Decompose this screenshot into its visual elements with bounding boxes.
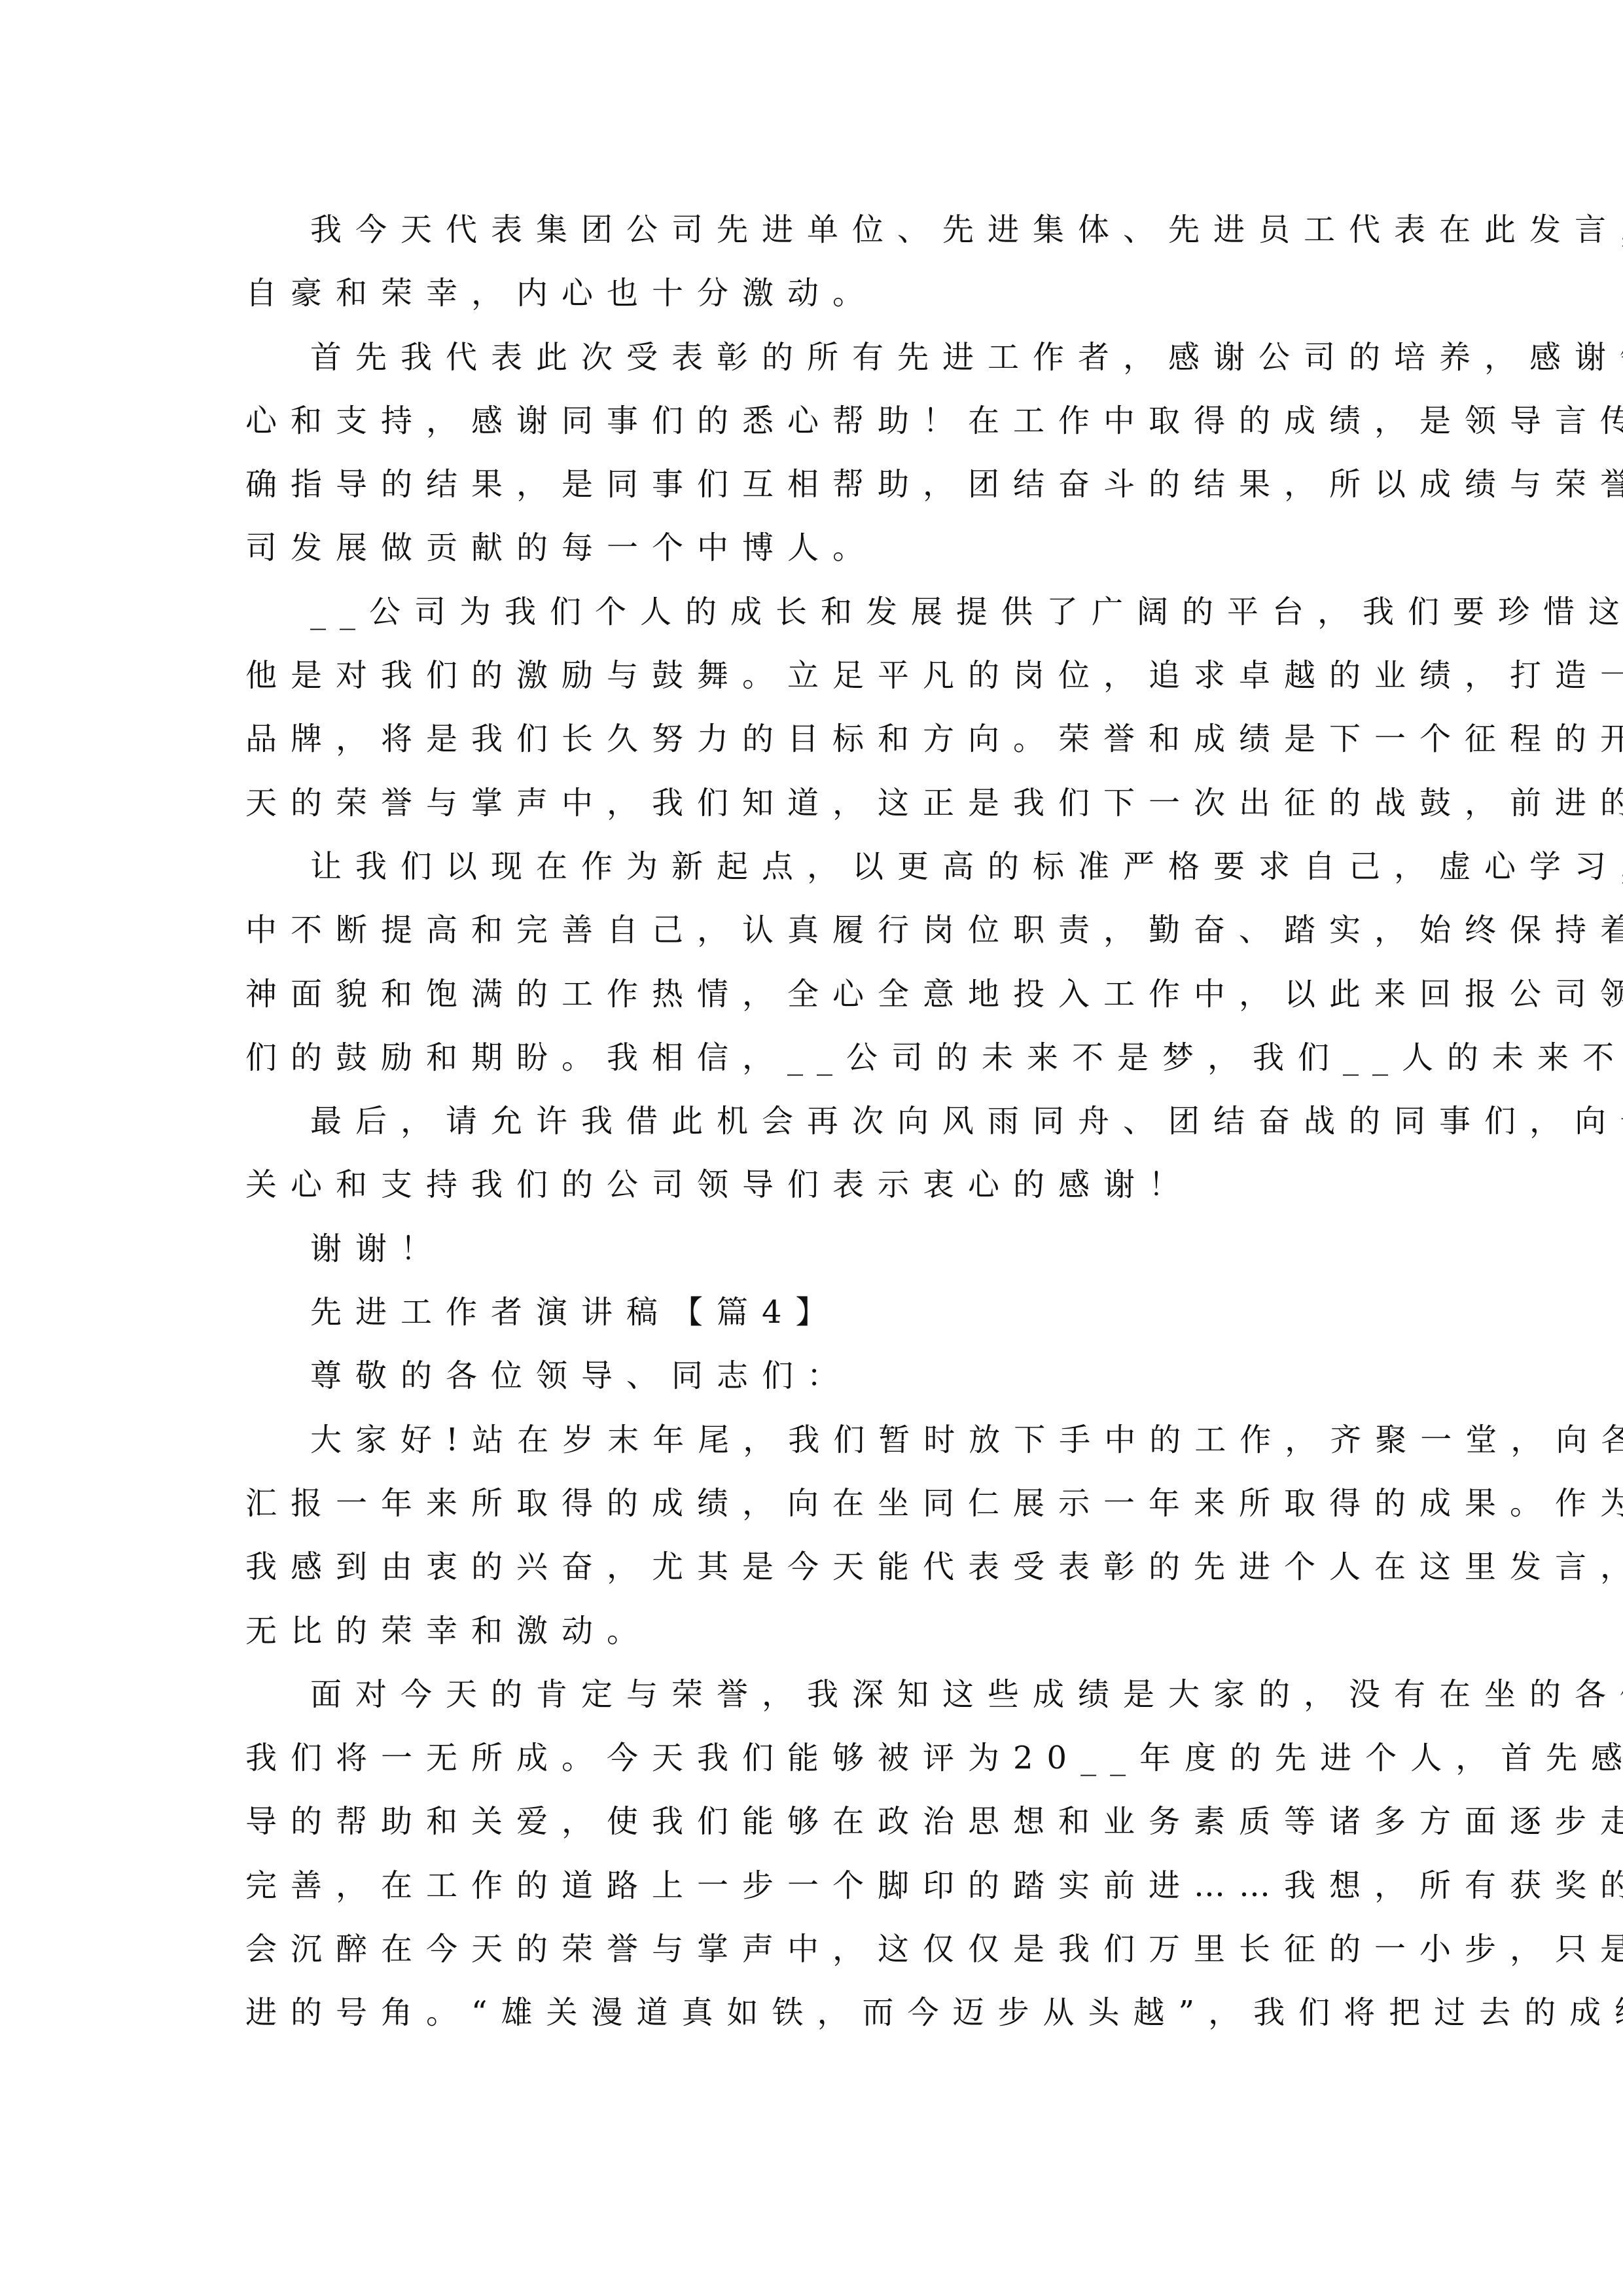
text-line: 我们将一无所成。今天我们能够被评为20__年度的先进个人，首先感谢各级领	[245, 1735, 1397, 1799]
text-line: 自豪和荣幸，内心也十分激动。	[245, 270, 1397, 334]
text-line: __公司为我们个人的成长和发展提供了广阔的平台，我们要珍惜这份荣誉，	[245, 589, 1397, 653]
text-line: 尊敬的各位领导、同志们：	[245, 1353, 1397, 1416]
text-line: 首先我代表此次受表彰的所有先进工作者，感谢公司的培养，感谢领导的关	[245, 334, 1397, 398]
text-line: 心和支持，感谢同事们的悉心帮助！在工作中取得的成绩，是领导言传身教，正	[245, 398, 1397, 461]
text-line: 们的鼓励和期盼。我相信，__公司的未来不是梦，我们__人的未来不是梦！	[245, 1035, 1397, 1098]
text-line: 无比的荣幸和激动。	[245, 1608, 1397, 1672]
text-line: 我今天代表集团公司先进单位、先进集体、先进员工代表在此发言，我倍感	[245, 207, 1397, 270]
section-title: 先进工作者演讲稿【篇4】	[245, 1289, 1397, 1353]
text-line: 司发展做贡献的每一个中博人。	[245, 525, 1397, 588]
paragraph-thank-you: 谢谢！	[245, 1226, 1397, 1289]
text-line: 面对今天的肯定与荣誉，我深知这些成绩是大家的，没有在坐的各位同仁，	[245, 1672, 1397, 1735]
text-line: 神面貌和饱满的工作热情，全心全意地投入工作中，以此来回报公司领导和同事	[245, 971, 1397, 1035]
paragraph-greeting: 大家好!站在岁末年尾，我们暂时放下手中的工作，齐聚一堂，向各位领导 汇报一年来所…	[245, 1417, 1397, 1672]
paragraph-new-start: 让我们以现在作为新起点，以更高的标准严格要求自己，虚心学习，在工作 中不断提高和…	[245, 844, 1397, 1098]
text-line: 会沉醉在今天的荣誉与掌声中，这仅仅是我们万里长征的一小步，只是催我们奋	[245, 1926, 1397, 1990]
text-line: 我感到由衷的兴奋，尤其是今天能代表受表彰的先进个人在这里发言，我更感到	[245, 1544, 1397, 1607]
paragraph-closing: 最后，请允许我借此机会再次向风雨同舟、团结奋战的同事们，向一直以来 关心和支持我…	[245, 1098, 1397, 1226]
section-heading: 先进工作者演讲稿【篇4】	[245, 1289, 1397, 1353]
text-line: 大家好!站在岁末年尾，我们暂时放下手中的工作，齐聚一堂，向各位领导	[245, 1417, 1397, 1480]
paragraph-thanks: 首先我代表此次受表彰的所有先进工作者，感谢公司的培养，感谢领导的关 心和支持，感…	[245, 334, 1397, 589]
text-line: 进的号角。“雄关漫道真如铁，而今迈步从头越”，我们将把过去的成绩作为新的	[245, 1990, 1397, 2053]
paragraph-honor: 面对今天的肯定与荣誉，我深知这些成绩是大家的，没有在坐的各位同仁， 我们将一无所…	[245, 1672, 1397, 2054]
text-line: 让我们以现在作为新起点，以更高的标准严格要求自己，虚心学习，在工作	[245, 844, 1397, 907]
document-page: 我今天代表集团公司先进单位、先进集体、先进员工代表在此发言，我倍感 自豪和荣幸，…	[245, 207, 1397, 2054]
text-line: 确指导的结果，是同事们互相帮助，团结奋斗的结果，所以成绩与荣誉属于为公	[245, 461, 1397, 525]
text-line: 天的荣誉与掌声中，我们知道，这正是我们下一次出征的战鼓，前进的号角。	[245, 780, 1397, 844]
text-line: 导的帮助和关爱，使我们能够在政治思想和业务素质等诸多方面逐步走向成熟和	[245, 1799, 1397, 1862]
text-line: 他是对我们的激励与鼓舞。立足平凡的岗位，追求卓越的业绩，打造一流的中博	[245, 653, 1397, 716]
text-line: 关心和支持我们的公司领导们表示衷心的感谢！	[245, 1162, 1397, 1225]
paragraph-opening: 我今天代表集团公司先进单位、先进集体、先进员工代表在此发言，我倍感 自豪和荣幸，…	[245, 207, 1397, 334]
text-line: 谢谢！	[245, 1226, 1397, 1289]
text-line: 完善，在工作的道路上一步一个脚印的踏实前进……我想，所有获奖的同志都不	[245, 1863, 1397, 1926]
text-line: 品牌，将是我们长久努力的目标和方向。荣誉和成绩是下一个征程的开始，在今	[245, 716, 1397, 780]
text-line: 中不断提高和完善自己，认真履行岗位职责，勤奋、踏实，始终保持着旺盛的精	[245, 907, 1397, 971]
paragraph-platform: __公司为我们个人的成长和发展提供了广阔的平台，我们要珍惜这份荣誉， 他是对我们…	[245, 589, 1397, 844]
text-line: 最后，请允许我借此机会再次向风雨同舟、团结奋战的同事们，向一直以来	[245, 1098, 1397, 1162]
salutation: 尊敬的各位领导、同志们：	[245, 1353, 1397, 1416]
text-line: 汇报一年来所取得的成绩，向在坐同仁展示一年来所取得的成果。作为一名普通，	[245, 1480, 1397, 1544]
